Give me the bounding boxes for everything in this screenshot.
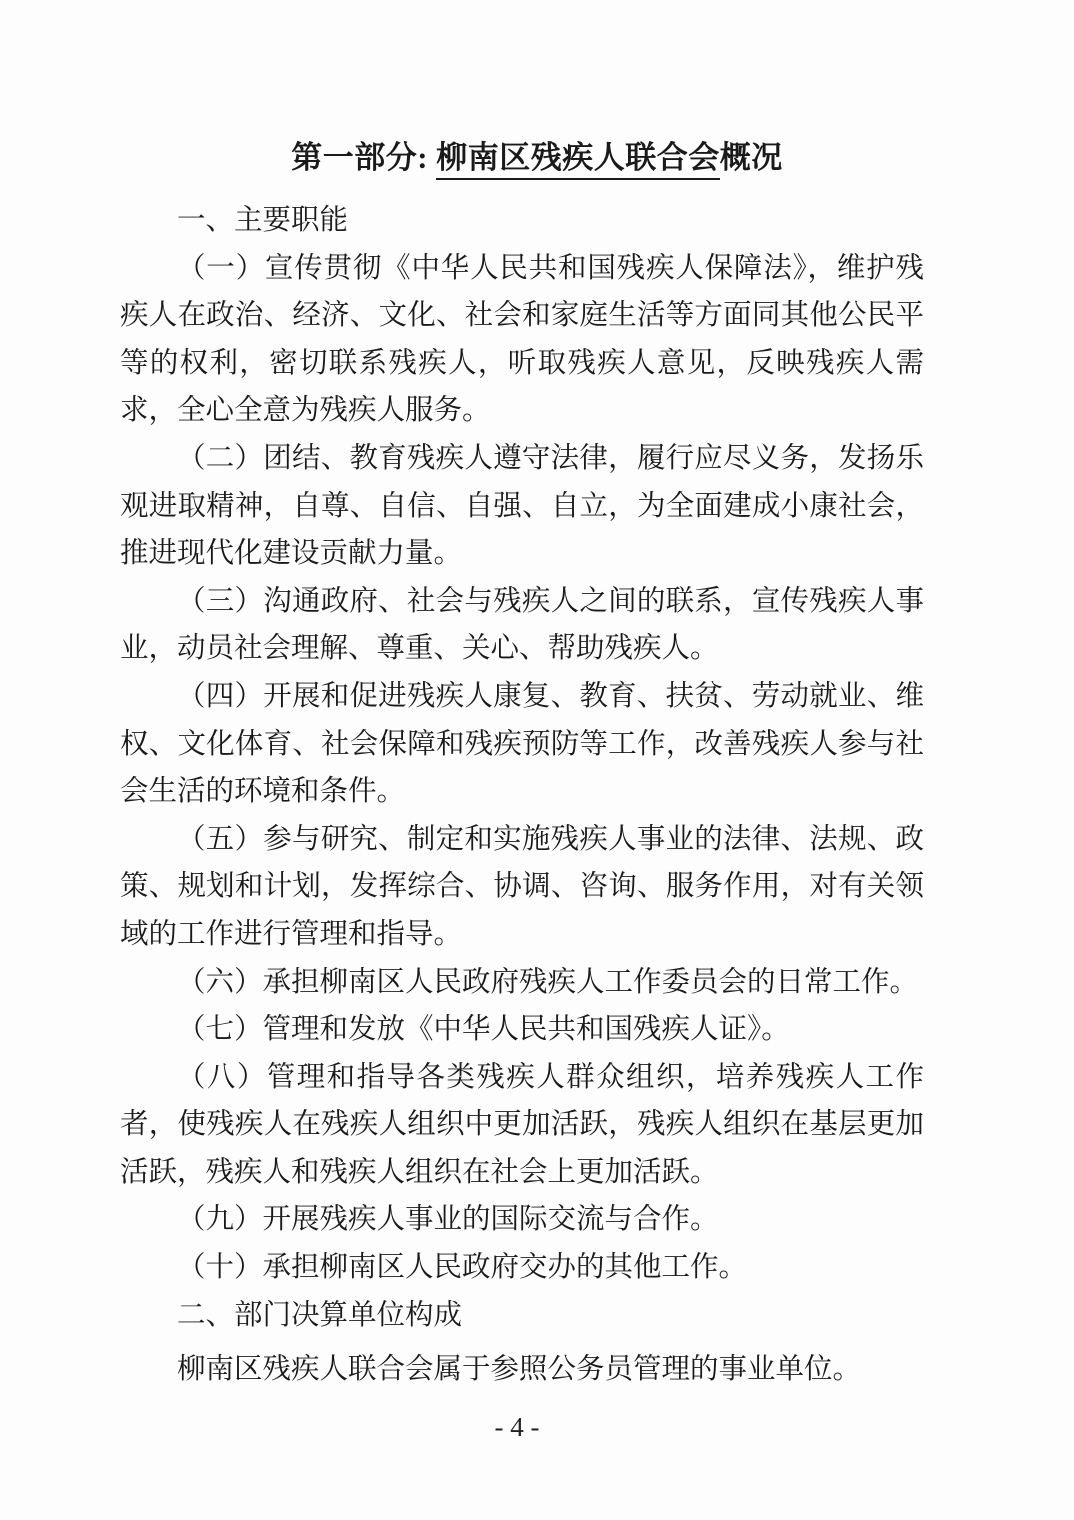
paragraph-9: （九）开展残疾人事业的国际交流与合作。 [120,1196,924,1244]
section-heading-2: 二、部门决算单位构成 [120,1292,924,1340]
page-number: - 4 - [495,1412,540,1442]
page-title-underlined-text: 柳南区残疾人联合会 [436,140,720,180]
paragraph-5: （五）参与研究、制定和实施残疾人事业的法律、法规、政策、规划和计划，发挥综合、协… [120,816,924,959]
paragraph-1: （一）宣传贯彻《中华人民共和国残疾人保障法》，维护残疾人在政治、经济、文化、社会… [120,245,924,435]
paragraph-2: （二）团结、教育残疾人遵守法律，履行应尽义务，发扬乐观进取精神，自尊、自信、自强… [120,435,924,578]
page-title-prefix: 第一部分: [291,140,436,175]
paragraph-11: 柳南区残疾人联合会属于参照公务员管理的事业单位。 [120,1346,924,1394]
paragraph-4: （四）开展和促进残疾人康复、教育、扶贫、劳动就业、维权、文化体育、社会保障和残疾… [120,673,924,816]
page-title: 第一部分: 柳南区残疾人联合会概况 [0,133,1074,183]
page-footer: - 4 - [0,1412,1054,1443]
section-heading-1: 一、主要职能 [120,197,924,245]
document-body: 一、主要职能 （一）宣传贯彻《中华人民共和国残疾人保障法》，维护残疾人在政治、经… [0,197,1074,1394]
paragraph-10: （十）承担柳南区人民政府交办的其他工作。 [120,1244,924,1292]
paragraph-6: （六）承担柳南区人民政府残疾人工作委员会的日常工作。 [120,959,924,1007]
page-title-suffix: 概况 [720,140,783,175]
paragraph-7: （七）管理和发放《中华人民共和国残疾人证》。 [120,1006,924,1054]
paragraph-8: （八）管理和指导各类残疾人群众组织，培养残疾人工作者，使残疾人在残疾人组织中更加… [120,1054,924,1197]
paragraph-3: （三）沟通政府、社会与残疾人之间的联系，宣传残疾人事业，动员社会理解、尊重、关心… [120,578,924,673]
document-page: 第一部分: 柳南区残疾人联合会概况 一、主要职能 （一）宣传贯彻《中华人民共和国… [0,0,1074,1520]
